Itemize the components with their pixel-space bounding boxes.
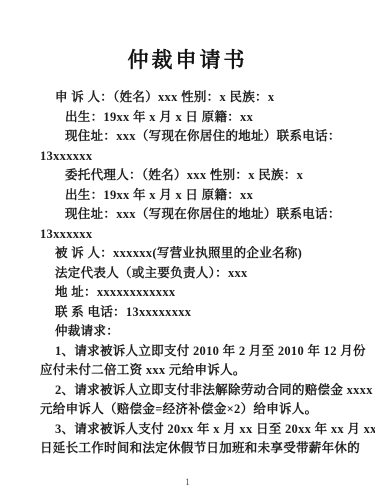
document-line: 仲裁请求：	[55, 322, 339, 342]
document-page: 仲裁申请书 申 诉 人：（姓名）xxx 性别：x 民族：x出生：19xx 年 x…	[0, 0, 375, 500]
document-line: 出生：19xx 年 x 月 x 日 原籍：xx	[65, 108, 339, 128]
document-line: 现住址：xxx（写现在你居住的地址）联系电话：	[65, 205, 339, 225]
document-line: 日延长工作时间和法定休假节日加班和未享受带薪年休的	[40, 439, 339, 459]
document-line: 联 系 电话：13xxxxxxxx	[55, 303, 339, 323]
page-number: 1	[0, 477, 375, 487]
document-line: 1、请求被诉人立即支付 2010 年 2 月至 2010 年 12 月份	[55, 342, 339, 362]
document-line: 3、请求被诉人支付 20xx 年 x 月 xx 日至 20xx 年 xx 月 x…	[55, 420, 339, 440]
document-title: 仲裁申请书	[0, 46, 375, 74]
document-line: 法定代表人（或主要负责人）：xxx	[55, 264, 339, 284]
document-line: 13xxxxxx	[40, 147, 339, 167]
document-line: 出生：19xx 年 x 月 x 日 原籍：xx	[65, 186, 339, 206]
document-line: 地 址：xxxxxxxxxxxx	[55, 283, 339, 303]
document-line: 现住址：xxx（写现在你居住的地址）联系电话：	[65, 127, 339, 147]
document-line: 申 诉 人：（姓名）xxx 性别：x 民族：x	[55, 88, 339, 108]
document-lines: 申 诉 人：（姓名）xxx 性别：x 民族：x出生：19xx 年 x 月 x 日…	[40, 88, 339, 459]
document-body: 申 诉 人：（姓名）xxx 性别：x 民族：x出生：19xx 年 x 月 x 日…	[0, 88, 375, 459]
document-line: 应付未付二倍工资 xxx 元给申诉人。	[40, 361, 339, 381]
document-line: 委托代理人：（姓名）xxx 性别：x 民族：x	[65, 166, 339, 186]
document-line: 被 诉 人：xxxxxx(写营业执照里的企业名称)	[55, 244, 339, 264]
document-line: 元给申诉人（赔偿金=经济补偿金×2）给申诉人。	[40, 400, 339, 420]
document-line: 13xxxxxx	[40, 225, 339, 245]
document-line: 2、请求被诉人立即支付非法解除劳动合同的赔偿金 xxxx	[55, 381, 339, 401]
